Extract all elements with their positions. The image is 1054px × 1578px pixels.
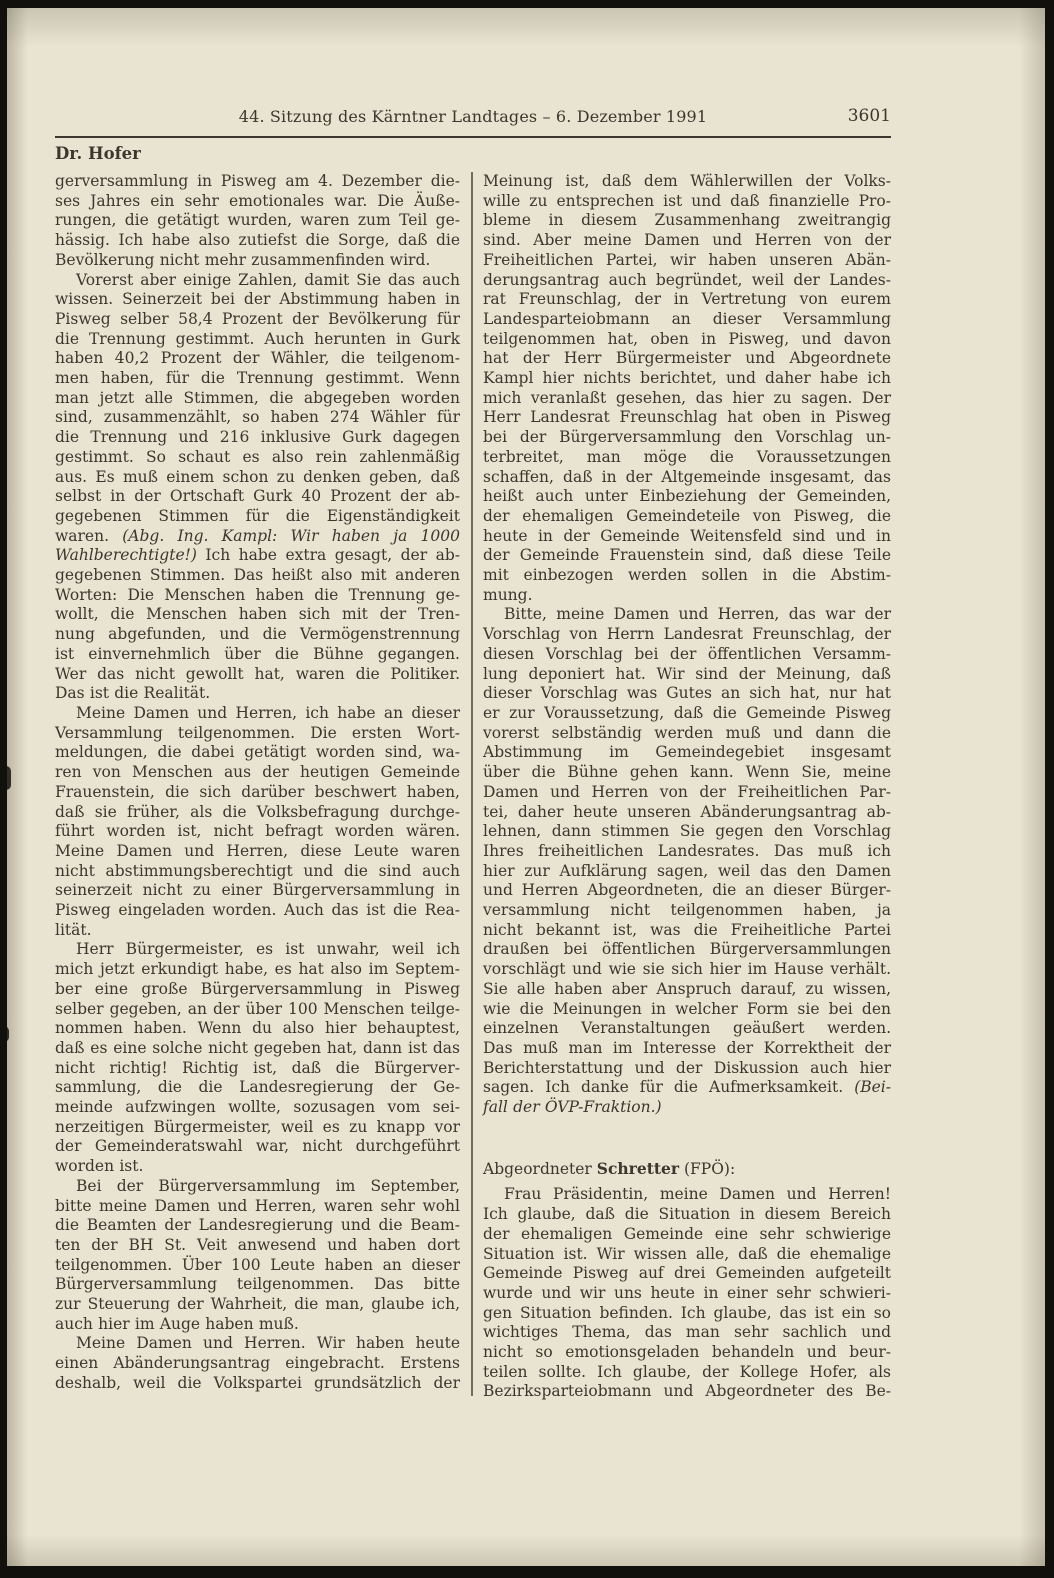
text-line: daß sie früher, als die Volksbefragung d… [55, 803, 460, 823]
text-line: wollt, die Menschen haben sich mit der T… [55, 605, 460, 625]
page-number: 3601 [766, 106, 891, 126]
text-line: er zur Voraussetzung, daß die Gemeinde P… [483, 704, 891, 724]
text-line: gen Situation befinden. Ich glaube, das … [483, 1304, 891, 1324]
text-line: Worten: Die Menschen haben die Trennung … [55, 586, 460, 606]
text-line: man jetzt alle Stimmen, die abgegeben wo… [55, 389, 460, 409]
text-line: nerzeitigen Bürgermeister, weil es zu kn… [55, 1118, 460, 1138]
text-line: draußen bei öffentlichen Bürgerversammlu… [483, 940, 891, 960]
text-line: gestimmt. So schaut es also rein zahlenm… [55, 448, 460, 468]
text-segment: Ich habe extra gesagt, der ab- [197, 546, 460, 564]
text-line: bitte meine Damen und Herren, waren sehr… [55, 1197, 460, 1217]
text-segment: waren. [55, 527, 122, 545]
text-line: nicht richtig! Richtig ist, daß die Bürg… [55, 1059, 460, 1079]
text-segment: (Abg. Ing. Kampl: Wir haben ja 1000 [122, 527, 460, 545]
text-line: mung. [483, 586, 891, 606]
text-line: lität. [55, 921, 460, 941]
text-line: ses Jahres ein sehr emotionales war. Die… [55, 192, 460, 212]
text-line: Versammlung teilgenommen. Die ersten Wor… [55, 724, 460, 744]
text-line: wurde und wir uns heute in einer sehr sc… [483, 1284, 891, 1304]
text-line: Wahlberechtigte!) Ich habe extra gesagt,… [55, 546, 460, 566]
text-line: heute in der Gemeinde Weitensfeld sind u… [483, 527, 891, 547]
text-line: deshalb, weil die Volkspartei grundsätzl… [55, 1374, 460, 1394]
text-line: sind. Aber meine Damen und Herren von de… [483, 231, 891, 251]
text-line: gegebenen Stimmen. Das heißt also mit an… [55, 566, 460, 586]
text-line: einen Abänderungsantrag eingebracht. Ers… [55, 1354, 460, 1374]
text-segment: fall der ÖVP-Fraktion.) [483, 1098, 662, 1116]
text-line: bei der Bürgerversammlung den Vorschlag … [483, 428, 891, 448]
text-line: Wer das nicht gewollt hat, waren die Pol… [55, 665, 460, 685]
text-line: meinde aufzwingen wollte, sozusagen vom … [55, 1098, 460, 1118]
text-line: vorerst selbständig werden muß und dann … [483, 724, 891, 744]
text-line: men haben, für die Trennung gestimmt. We… [55, 369, 460, 389]
text-line: nommen haben. Wenn du also hier behaupte… [55, 1019, 460, 1039]
text-line: derungsantrag auch begründet, weil der L… [483, 271, 891, 291]
text-line: der ehemaligen Gemeindeteile von Pisweg,… [483, 507, 891, 527]
text-line: schaffen, daß in der Altgemeinde insgesa… [483, 468, 891, 488]
text-line: Frau Präsidentin, meine Damen und Herren… [483, 1185, 891, 1205]
text-line: der ehemaligen Gemeinde eine sehr schwie… [483, 1225, 891, 1245]
text-segment: Wahlberechtigte!) [55, 546, 197, 564]
text-line: Landesparteiobmann an dieser Versammlung [483, 310, 891, 330]
text-line: tei, daher heute unseren Abänderungsantr… [483, 803, 891, 823]
text-line: Meinung ist, daß dem Wählerwillen der Vo… [483, 172, 891, 192]
text-line: gerversammlung in Pisweg am 4. Dezember … [55, 172, 460, 192]
column-divider [471, 172, 473, 1396]
text-line: nicht so emotionsgeladen behandeln und b… [483, 1343, 891, 1363]
text-line: seinerzeit nicht zu einer Bürgerversamml… [55, 881, 460, 901]
text-line: vorschlägt und wie sie sich hier im Haus… [483, 960, 891, 980]
text-line: sammlung, die die Landesregierung der Ge… [55, 1078, 460, 1098]
text-segment: sagen. Ich danke für die Aufmerksamkeit. [483, 1078, 854, 1096]
text-line: der Gemeinde Frauenstein sind, daß diese… [483, 546, 891, 566]
text-line: Das muß man im Interesse der Korrektheit… [483, 1039, 891, 1059]
text-line: Meine Damen und Herren, ich habe an dies… [55, 704, 460, 724]
text-line: Kampl hier nichts berichtet, und daher h… [483, 369, 891, 389]
text-line: Das ist die Realität. [55, 684, 460, 704]
text-line: Bürgerversammlung teilgenommen. Das bitt… [55, 1275, 460, 1295]
text-line: hat der Herr Bürgermeister und Abgeordne… [483, 349, 891, 369]
text-line: auch hier im Auge haben muß. [55, 1315, 460, 1335]
text-line: über die Bühne gehen kann. Wenn Sie, mei… [483, 763, 891, 783]
text-line: sagen. Ich danke für die Aufmerksamkeit.… [483, 1078, 891, 1098]
text-line: Pisweg selber 58,4 Prozent der Bevölkeru… [55, 310, 460, 330]
text-line: wille zu entsprechen ist und daß finanzi… [483, 192, 891, 212]
text-line: Gemeinde Pisweg auf drei Gemeinden aufge… [483, 1264, 891, 1284]
text-line: teilen sollte. Ich glaube, der Kollege H… [483, 1363, 891, 1383]
text-line: Herr Bürgermeister, es ist unwahr, weil … [55, 940, 460, 960]
text-line: waren. (Abg. Ing. Kampl: Wir haben ja 10… [55, 527, 460, 547]
text-line: Ihres freiheitlichen Landesrates. Das mu… [483, 842, 891, 862]
scanned-protocol-page: { "colors": { "paper": "#e9e4d1", "ink":… [0, 0, 1054, 1578]
text-line: Vorschlag von Herrn Landesrat Freunschla… [483, 625, 891, 645]
text-line: sind, zusammenzählt, so haben 274 Wähler… [55, 408, 460, 428]
text-line: die Trennung gestimmt. Auch herunten in … [55, 330, 460, 350]
text-line: und Herren Abgeordneten, die an dieser B… [483, 881, 891, 901]
text-line: ten der BH St. Veit anwesend und haben d… [55, 1236, 460, 1256]
text-line: zur Steuerung der Wahrheit, die man, gla… [55, 1295, 460, 1315]
scan-edge-bottom [0, 1566, 1054, 1578]
text-line: Herr Landesrat Freunschlag hat oben in P… [483, 408, 891, 428]
text-line: Situation ist. Wir wissen alle, daß die … [483, 1245, 891, 1265]
text-line: heißt auch unter Einbeziehung der Gemein… [483, 487, 891, 507]
text-line: terbreitet, man möge die Voraussetzungen [483, 448, 891, 468]
text-line: Bitte, meine Damen und Herren, das war d… [483, 605, 891, 625]
text-line: teilgenommen. Über 100 Leute haben an di… [55, 1256, 460, 1276]
text-line: ren von Menschen aus der heutigen Gemein… [55, 763, 460, 783]
text-line: Frauenstein, die sich darüber beschwert … [55, 783, 460, 803]
text-line: ist einvernehmlich über die Bühne gegang… [55, 645, 460, 665]
text-line: wissen. Seinerzeit bei der Abstimmung ha… [55, 290, 460, 310]
text-line: einzelnen Veranstaltungen geäußert werde… [483, 1019, 891, 1039]
speaker-heading: Abgeordneter Schretter (FPÖ): [483, 1159, 891, 1180]
text-segment: Abgeordneter [483, 1160, 597, 1178]
header-rule [55, 136, 891, 138]
text-line: Pisweg eingeladen worden. Auch das ist d… [55, 901, 460, 921]
text-line: dieser Vorschlag was Gutes an sich hat, … [483, 684, 891, 704]
text-line: die Trennung und 216 inklusive Gurk dage… [55, 428, 460, 448]
text-line: versammlung nicht teilgenommen haben, ja [483, 901, 891, 921]
text-line: Bezirksparteiobmann und Abgeordneter des… [483, 1382, 891, 1402]
text-line: selbst in der Ortschaft Gurk 40 Prozent … [55, 487, 460, 507]
text-line: rat Freunschlag, der in Vertretung von e… [483, 290, 891, 310]
text-line: nicht abstimmungsberechtigt und die sind… [55, 862, 460, 882]
text-line: meldungen, die dabei getätigt worden sin… [55, 743, 460, 763]
text-line: worden ist. [55, 1157, 460, 1177]
scan-edge-left [0, 0, 7, 1578]
text-line: daß es eine solche nicht gegeben hat, da… [55, 1039, 460, 1059]
text-line: Bevölkerung nicht mehr zusammenfinden wi… [55, 251, 460, 271]
text-segment: (FPÖ): [679, 1160, 735, 1178]
text-line: Freiheitlichen Partei, wir haben unseren… [483, 251, 891, 271]
text-line: Berichterstattung und der Diskussion auc… [483, 1059, 891, 1079]
text-line: Abstimmung im Gemeindegebiet insgesamt [483, 743, 891, 763]
text-line: Meine Damen und Herren, diese Leute ware… [55, 842, 460, 862]
text-line: die Beamten der Landesregierung und die … [55, 1216, 460, 1236]
text-line: mich veranlaßt gesehen, das hier zu sage… [483, 389, 891, 409]
text-segment: Schretter [597, 1159, 679, 1178]
text-line: wie die Meinungen in welcher Form sie be… [483, 1000, 891, 1020]
text-line: Ich glaube, daß die Situation in diesem … [483, 1205, 891, 1225]
text-line: ber eine große Bürgerversammlung in Pisw… [55, 980, 460, 1000]
text-segment: (Bei- [854, 1078, 891, 1096]
text-line: hässig. Ich habe also zutiefst die Sorge… [55, 231, 460, 251]
scan-edge-right [1045, 0, 1054, 1578]
text-line: lung deponiert hat. Wir sind der Meinung… [483, 665, 891, 685]
scan-edge-top [0, 0, 1054, 8]
text-line: mit einbezogen werden sollen in die Abst… [483, 566, 891, 586]
text-line: Meine Damen und Herren. Wir haben heute [55, 1334, 460, 1354]
text-line: diesen Vorschlag bei der öffentlichen Ve… [483, 645, 891, 665]
text-line: aus. Es muß einem schon zu denken geben,… [55, 468, 460, 488]
text-line: führt worden ist, nicht befragt worden w… [55, 822, 460, 842]
speaker-continuation-label: Dr. Hofer [55, 144, 141, 163]
text-line: Damen und Herren von der Freiheitlichen … [483, 783, 891, 803]
text-line: nicht bekannt ist, was die Freiheitliche… [483, 921, 891, 941]
text-line: teilgenommen hat, oben in Pisweg, und da… [483, 330, 891, 350]
text-line: Sie alle haben aber Anspruch darauf, zu … [483, 980, 891, 1000]
left-text-column: gerversammlung in Pisweg am 4. Dezember … [55, 172, 460, 1394]
text-line: Bei der Bürgerversammlung im September, [55, 1177, 460, 1197]
text-line: mich jetzt erkundigt habe, es hat also i… [55, 960, 460, 980]
text-line: gegebenen Stimmen für die Eigenständigke… [55, 507, 460, 527]
right-text-column: Meinung ist, daß dem Wählerwillen der Vo… [483, 172, 891, 1402]
text-line: bleme in diesem Zusammenhang zweitrangig [483, 211, 891, 231]
text-line: selber gegeben, an der über 100 Menschen… [55, 1000, 460, 1020]
text-line: Vorerst aber einige Zahlen, damit Sie da… [55, 271, 460, 291]
text-line: fall der ÖVP-Fraktion.) [483, 1098, 891, 1118]
text-line: lehnen, dann stimmen Sie gegen den Vorsc… [483, 822, 891, 842]
text-line: rungen, die getätigt wurden, waren zum T… [55, 211, 460, 231]
text-line: nung abgefunden, und die Vermögenstrennu… [55, 625, 460, 645]
text-line: wichtiges Thema, das man sehr sachlich u… [483, 1323, 891, 1343]
text-line: hier zur Aufklärung sagen, weil das den … [483, 862, 891, 882]
text-line: der Gemeinderatswahl war, nicht durchgef… [55, 1137, 460, 1157]
text-line: haben 40,2 Prozent der Wähler, die teilg… [55, 349, 460, 369]
